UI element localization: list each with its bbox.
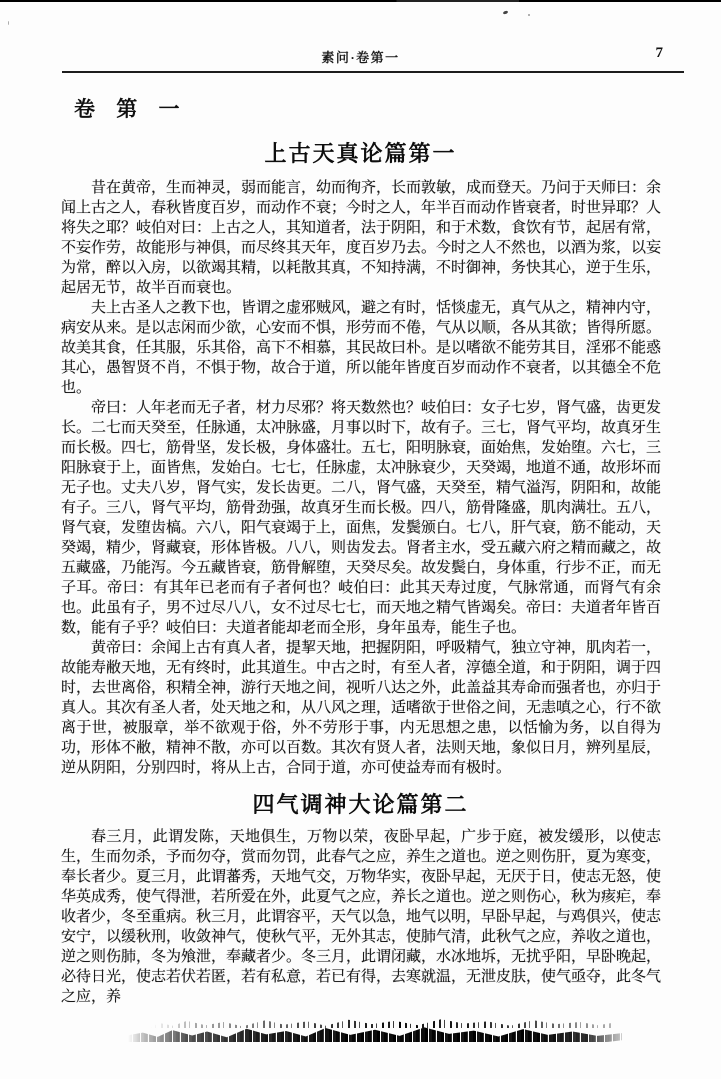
running-header-title: 素问·卷第一: [321, 50, 399, 65]
section-2-body: 春三月，此谓发陈，天地俱生，万物以荣，夜卧早起，广步于庭，被发缓形，以使志生，生…: [61, 827, 661, 1007]
body-paragraph: 黄帝曰：余闻上古有真人者，提挈天地，把握阴阳，呼吸精气，独立守神，肌肉若一，故能…: [61, 638, 661, 778]
body-paragraph: 春三月，此谓发陈，天地俱生，万物以荣，夜卧早起，广步于庭，被发缓形，以使志生，生…: [61, 827, 661, 1007]
scanned-book-page: 素问·卷第一 7 卷 第 一 上古天真论篇第一 昔在黄帝，生而神灵，弱而能言，幼…: [0, 0, 721, 1079]
body-paragraph: 夫上古圣人之教下也，皆谓之虚邪贼风，避之有时，恬惔虚无，真气从之，精神内守，病安…: [61, 298, 661, 398]
section-1-body: 昔在黄帝，生而神灵，弱而能言，幼而徇齐，长而敦敏，成而登天。乃问于天师曰：余闻上…: [61, 178, 661, 778]
page-number: 7: [656, 45, 664, 62]
volume-heading: 卷 第 一: [74, 93, 721, 123]
header-rule: [62, 71, 684, 73]
body-paragraph: 昔在黄帝，生而神灵，弱而能言，幼而徇齐，长而敦敏，成而登天。乃问于天师曰：余闻上…: [61, 178, 661, 298]
chapter-title-2: 四气调神大论篇第二: [0, 788, 721, 819]
body-paragraph: 帝曰：人年老而无子者，材力尽邪？将天数然也？岐伯曰：女子七岁，肾气盛，齿更发长。…: [61, 398, 661, 638]
running-header: 素问·卷第一 7: [0, 0, 721, 67]
chapter-title-1: 上古天真论篇第一: [0, 137, 721, 168]
scan-artifact-smudge-stubble: [150, 1017, 612, 1028]
